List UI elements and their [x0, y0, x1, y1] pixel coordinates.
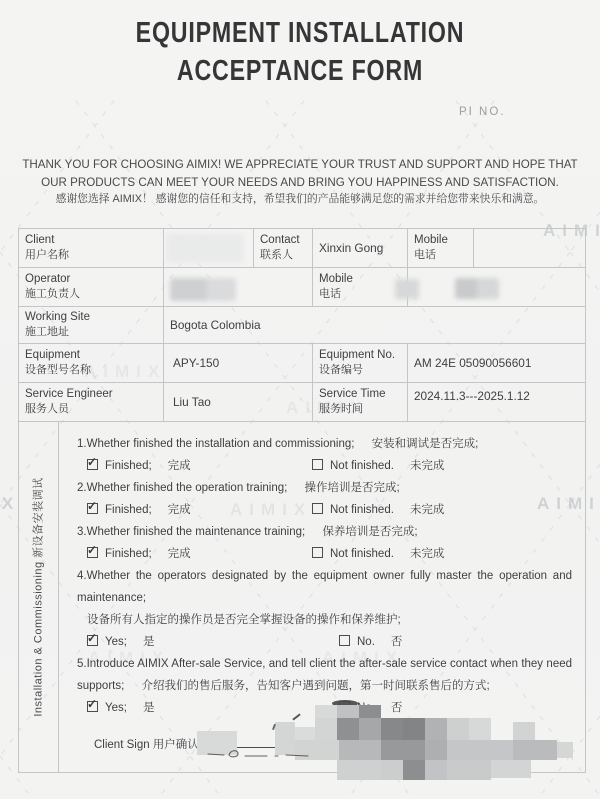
client-sign-label: Client Sign 用户确认: [94, 739, 202, 751]
question-2-cn: 操作培训是否完成; [305, 482, 400, 494]
option-finished-1: Finished;完成 [87, 459, 191, 474]
checkbox-checked-icon [87, 701, 98, 712]
form-title: EQUIPMENT INSTALLATION ACCEPTANCE FORM [0, 14, 600, 90]
service-engineer-value: Liu Tao [164, 383, 313, 422]
finished-label: Finished; [105, 548, 152, 560]
checklist-question-5-line2: supports; 介绍我们的售后服务，告知客户遇到问题，第一时间联系售后的方式… [77, 679, 490, 694]
equipment-info-table: Client 用户名称 Contact 联系人 Xinxin Gong Mobi… [18, 228, 586, 773]
thank-you-line3-cn: 感谢您选择 AIMIX！ 感谢您的信任和支持，希望我们的产品能够满足您的需求并给… [0, 191, 600, 209]
mobile-value-cell [474, 229, 586, 268]
question-5-line2-en: supports; [77, 680, 124, 692]
yes-label: Yes; [105, 702, 127, 714]
thank-you-line2: OUR PRODUCTS CAN MEET YOUR NEEDS AND BRI… [0, 174, 600, 192]
service-time-label-en: Service Time [319, 387, 401, 402]
finished-label-cn: 完成 [168, 504, 191, 516]
checklist-question-5-line1: 5.Introduce AIMIX After-sale Service, an… [77, 657, 572, 672]
form-title-line1: EQUIPMENT INSTALLATION [60, 14, 540, 52]
yes-label-cn: 是 [143, 702, 155, 714]
checkbox-checked-icon [87, 547, 98, 558]
equipment-no-label-en: Equipment No. [319, 348, 401, 363]
option-no-4: No.否 [339, 635, 402, 650]
contact-label: Contact 联系人 [254, 229, 313, 268]
question-3-cn: 保养培训是否完成; [322, 526, 417, 538]
checkbox-unchecked-icon [339, 701, 350, 712]
checklist-body: 1.Whether finished the installation and … [59, 422, 585, 772]
mobile-label: Mobile 电话 [408, 229, 474, 268]
service-time-label: Service Time 服务时间 [313, 383, 408, 422]
client-label-cn: 用户名称 [25, 248, 157, 263]
not-finished-label-cn: 未完成 [410, 460, 445, 472]
contact-value: Xinxin Gong [313, 229, 408, 268]
service-engineer-label: Service Engineer 服务人员 [19, 383, 164, 422]
mobile-label-en: Mobile [319, 272, 401, 287]
equipment-label: Equipment 设备型号名称 [19, 344, 164, 383]
table-row-operator: Operator 施工负责人 Mobile 电话 [19, 268, 586, 307]
table-row-equipment: Equipment 设备型号名称 APY-150 Equipment No. 设… [19, 344, 586, 383]
checkbox-unchecked-icon [312, 503, 323, 514]
option-yes-4: Yes;是 [87, 635, 154, 650]
table-row-service-engineer: Service Engineer 服务人员 Liu Tao Service Ti… [19, 383, 586, 422]
mobile-label-cn: 电话 [319, 287, 401, 302]
option-yes-5: Yes;是 [87, 701, 154, 716]
no-label: No. [357, 702, 375, 714]
working-site-label-cn: 施工地址 [25, 325, 157, 340]
operator-value-cell [164, 268, 313, 307]
yes-label: Yes; [105, 636, 127, 648]
form-title-line2: ACCEPTANCE FORM [60, 52, 540, 90]
option-finished-2: Finished;完成 [87, 503, 191, 518]
not-finished-label: Not finished. [330, 548, 394, 560]
working-site-value: Bogota Colombia [164, 307, 586, 344]
contact-label-cn: 联系人 [260, 248, 306, 263]
section-vertical-label-text: Installation & Commissioning 新设备安装调试 [31, 477, 46, 716]
service-engineer-label-en: Service Engineer [25, 387, 157, 402]
question-2-en: 2.Whether finished the operation trainin… [77, 482, 287, 494]
question-1-cn: 安装和调试是否完成; [372, 438, 479, 450]
checkbox-checked-icon [87, 459, 98, 470]
checklist-question-3: 3.Whether finished the maintenance train… [77, 525, 418, 540]
pi-no-label: PI NO. [459, 106, 506, 118]
client-signature-scribble [205, 744, 317, 760]
section-vertical-label: Installation & Commissioning 新设备安装调试 [19, 422, 59, 772]
checkbox-unchecked-icon [339, 635, 350, 646]
checkbox-unchecked-icon [312, 547, 323, 558]
operator-mobile-value-cell [408, 268, 586, 307]
finished-label-cn: 完成 [168, 460, 191, 472]
equipment-no-label-cn: 设备编号 [319, 363, 401, 378]
not-finished-label: Not finished. [330, 504, 394, 516]
equipment-label-en: Equipment [25, 348, 157, 363]
checklist-question-4-line2: maintenance; [77, 591, 146, 606]
option-not-finished-3: Not finished.未完成 [312, 547, 444, 562]
service-time-label-cn: 服务时间 [319, 402, 401, 417]
equipment-value: APY-150 [164, 344, 313, 383]
equipment-no-value: AM 24E 05090056601 [408, 344, 586, 383]
table-row-client: Client 用户名称 Contact 联系人 Xinxin Gong Mobi… [19, 229, 586, 268]
question-1-en: 1.Whether finished the installation and … [77, 438, 354, 450]
operator-label-en: Operator [25, 272, 157, 287]
equipment-no-label: Equipment No. 设备编号 [313, 344, 408, 383]
option-not-finished-2: Not finished.未完成 [312, 503, 444, 518]
equipment-label-cn: 设备型号名称 [25, 363, 157, 378]
no-label: No. [357, 636, 375, 648]
contact-label-en: Contact [260, 233, 306, 248]
yes-label-cn: 是 [143, 636, 155, 648]
checklist-question-1: 1.Whether finished the installation and … [77, 437, 478, 452]
checklist-question-4-cn: 设备所有人指定的操作员是否完全掌握设备的操作和保养维护; [87, 613, 401, 628]
client-label-en: Client [25, 233, 157, 248]
checkbox-unchecked-icon [312, 459, 323, 470]
not-finished-label-cn: 未完成 [410, 504, 445, 516]
question-3-en: 3.Whether finished the maintenance train… [77, 526, 305, 538]
thank-you-paragraph: THANK YOU FOR CHOOSING AIMIX! WE APPRECI… [0, 156, 600, 209]
option-finished-3: Finished;完成 [87, 547, 191, 562]
working-site-label: Working Site 施工地址 [19, 307, 164, 344]
service-time-value: 2024.11.3---2025.1.12 [408, 383, 586, 422]
question-5-line2-cn: 介绍我们的售后服务，告知客户遇到问题，第一时间联系售后的方式; [142, 680, 490, 692]
not-finished-label: Not finished. [330, 460, 394, 472]
no-label-cn: 否 [391, 702, 403, 714]
finished-label-cn: 完成 [168, 548, 191, 560]
option-not-finished-1: Not finished.未完成 [312, 459, 444, 474]
table-row-working-site: Working Site 施工地址 Bogota Colombia [19, 307, 586, 344]
client-value-cell [164, 229, 254, 268]
checklist-question-4-line1: 4.Whether the operators designated by th… [77, 569, 572, 584]
scanned-form-page: AIMIX AIMIX AIMIX AIMIX AIMIX AIMIX AIMI… [0, 0, 600, 799]
checklist-question-2: 2.Whether finished the operation trainin… [77, 481, 400, 496]
operator-label: Operator 施工负责人 [19, 268, 164, 307]
mobile-label-cn: 电话 [414, 248, 467, 263]
operator-mobile-label: Mobile 电话 [313, 268, 408, 307]
working-site-label-en: Working Site [25, 310, 157, 325]
thank-you-line1: THANK YOU FOR CHOOSING AIMIX! WE APPRECI… [0, 156, 600, 174]
option-no-5: No.否 [339, 701, 402, 716]
finished-label: Finished; [105, 460, 152, 472]
checkbox-checked-icon [87, 503, 98, 514]
checkbox-checked-icon [87, 635, 98, 646]
operator-label-cn: 施工负责人 [25, 287, 157, 302]
no-label-cn: 否 [391, 636, 403, 648]
finished-label: Finished; [105, 504, 152, 516]
not-finished-label-cn: 未完成 [410, 548, 445, 560]
client-label: Client 用户名称 [19, 229, 164, 268]
service-engineer-label-cn: 服务人员 [25, 402, 157, 417]
table-row-checklist: Installation & Commissioning 新设备安装调试 1.W… [19, 422, 586, 773]
mobile-label-en: Mobile [414, 233, 467, 248]
